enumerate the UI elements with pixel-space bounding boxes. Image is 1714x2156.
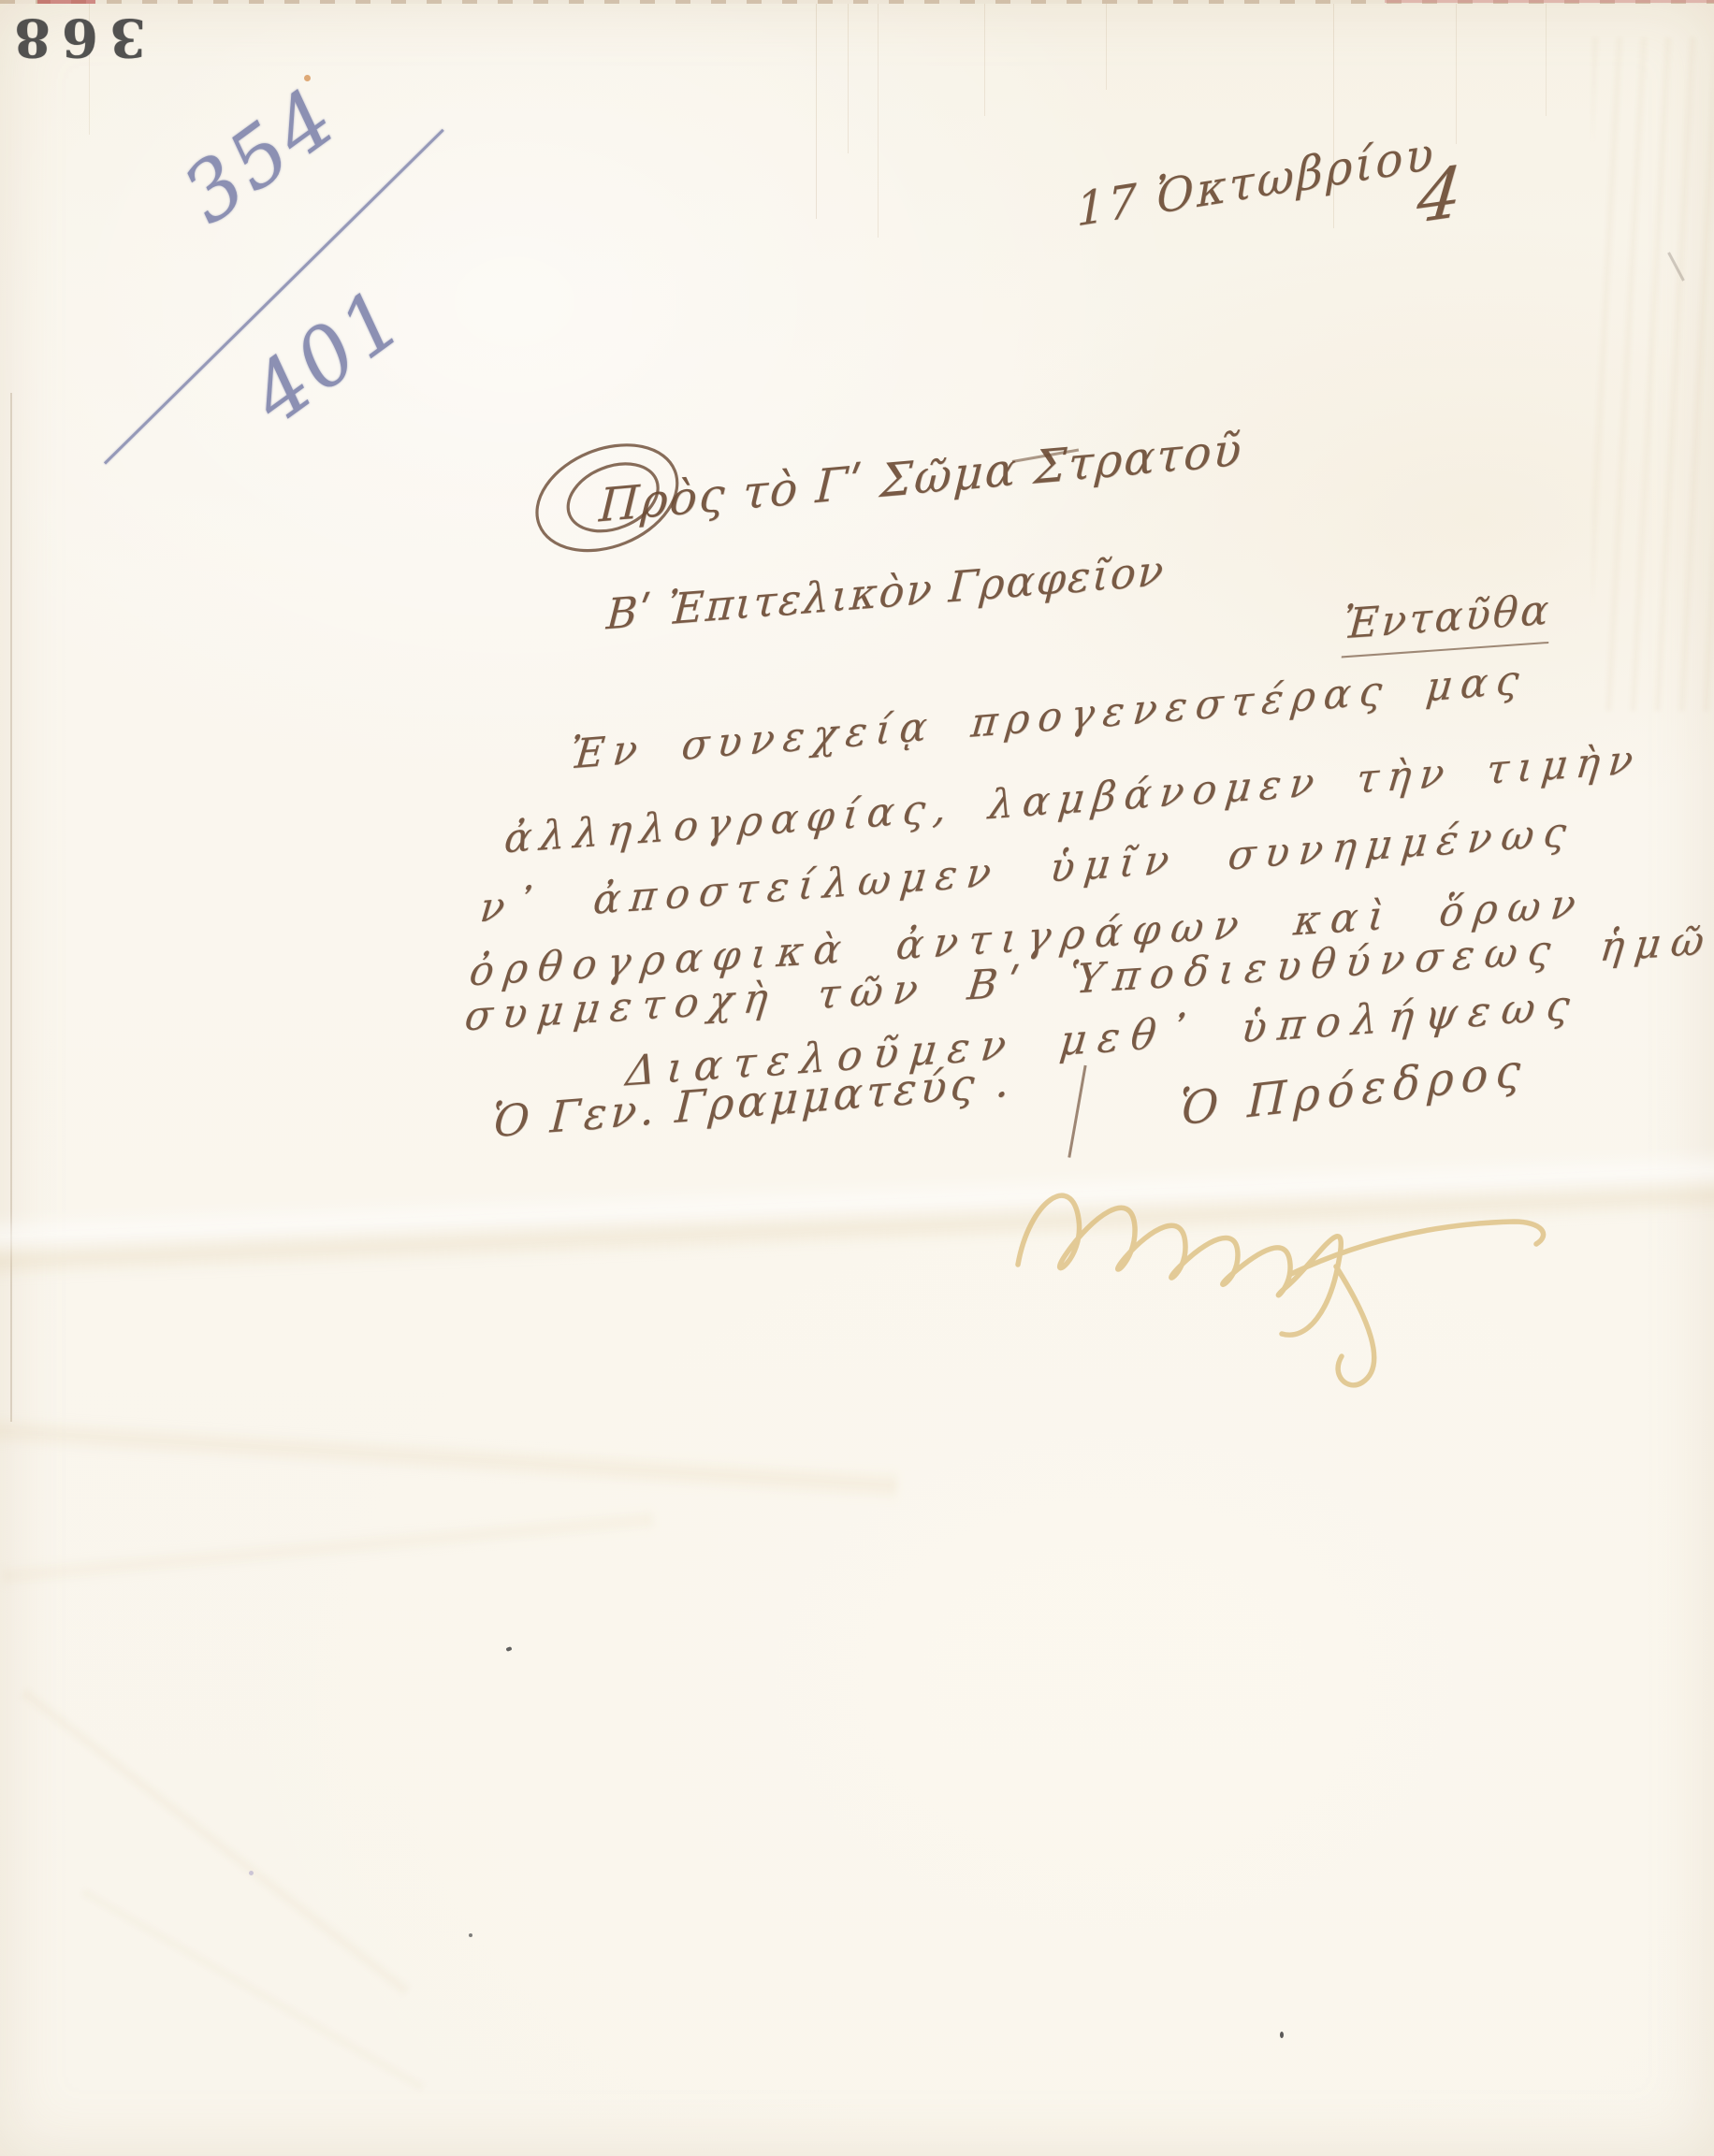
paper-streak <box>1106 4 1107 90</box>
paper-speck <box>249 1871 254 1875</box>
paper-speck <box>469 1933 472 1937</box>
paper-streak <box>1456 4 1457 144</box>
paper-crease <box>80 1886 427 2093</box>
paper-crease <box>0 1412 898 1503</box>
archival-number-old: 354 <box>167 69 355 241</box>
letter-page: 368 354 401 17 Ὀκτωβρίου 4 Πρὸς τὸ Γʹ Σῶ… <box>0 0 1714 2156</box>
paper-speck <box>1280 2032 1284 2038</box>
paper-speck <box>505 1646 512 1652</box>
paper-speck <box>304 75 311 81</box>
date-line: 17 Ὀκτωβρίου <box>1076 126 1436 237</box>
paper-cockling <box>1592 37 1714 711</box>
paper-streak <box>1546 4 1547 116</box>
left-paper-edge <box>10 393 12 1422</box>
recipient-line1: Πρὸς τὸ Γʹ Σῶμα Στρατοῦ <box>598 423 1244 533</box>
date-year-mark: 4 <box>1414 151 1466 239</box>
president-title: Ὁ Πρόεδρος <box>1180 1044 1529 1136</box>
paper-streak <box>984 4 985 116</box>
page-number-stamp: 368 <box>15 4 146 71</box>
paper-streak <box>878 4 879 238</box>
top-edge-line <box>0 0 1714 4</box>
paper-crease <box>0 1508 655 1589</box>
paper-crease <box>19 1686 413 1998</box>
president-signature <box>992 1134 1572 1396</box>
paper-scratch <box>1667 252 1685 281</box>
paper-streak <box>816 4 817 219</box>
paper-streak <box>848 4 849 153</box>
recipient-place: Ἐνταῦθα <box>1342 586 1553 658</box>
top-edge-pink-segment <box>1385 0 1714 3</box>
archival-number-new: 401 <box>234 269 422 441</box>
